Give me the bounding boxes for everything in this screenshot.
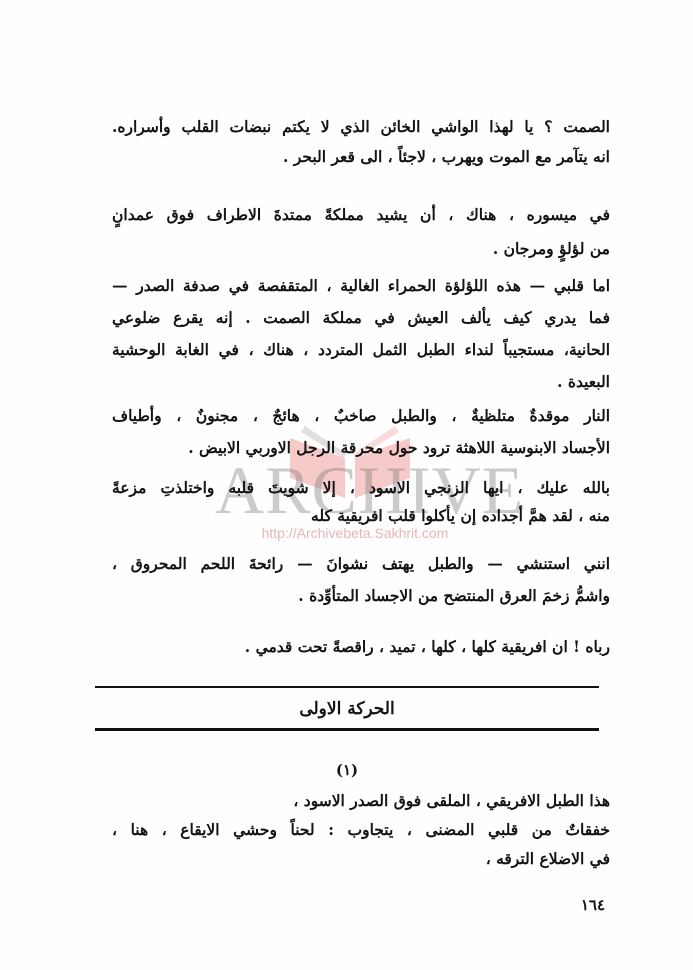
text-line: الحانية، مستجيباً لنداء الطبل الثمل المت… (112, 334, 610, 366)
body-text: بالله عليك ، ايها الزنجي الاسود ، إلا شو… (112, 474, 610, 530)
text-line: فما يدري كيف يألف العيش في مملكة الصمت .… (112, 302, 610, 334)
text-line: في ميسوره ، هناك ، أن يشيد مملكةً ممتدةَ… (112, 198, 610, 232)
text-line: خفقاتٌ من قلبي المضنى ، يتجاوب : لحناً و… (112, 815, 610, 844)
text-line: من لؤلؤٍ ومرجان . (112, 232, 610, 266)
text-line: اما قلبي — هذه اللؤلؤة الحمراء الغالية ،… (112, 270, 610, 302)
page-number: ١٦٤ (545, 896, 605, 914)
text-line: في الاضلاع الترقه ، (112, 844, 610, 873)
section-title: الحركة الاولى (95, 694, 599, 724)
section-text: هذا الطبل الافريقي ، الملقى فوق الصدر ال… (112, 786, 610, 873)
section-divider-top (95, 686, 599, 688)
body-text: النار موقدةٌ متلظيةٌ ، والطبل صاخبٌ ، ها… (112, 400, 610, 464)
text-line: بالله عليك ، ايها الزنجي الاسود ، إلا شو… (112, 474, 610, 502)
text-line: النار موقدةٌ متلظيةٌ ، والطبل صاخبٌ ، ها… (112, 400, 610, 432)
body-text: رباه ! ان افريقية كلها ، كلها ، تميد ، ر… (112, 632, 610, 662)
text-line: انني استنشي — والطبل يهتف نشوانَ — رائحة… (112, 548, 610, 580)
text-line: انه يتآمر مع الموت ويهرب ، لاجئاً ، الى … (112, 142, 610, 172)
text-line: الصمت ؟ يا لهذا الواشي الخائن الذي لا يك… (112, 112, 610, 142)
text-line: الأجساد الابنوسية اللاهثة ترود حول محرقة… (112, 432, 610, 464)
body-text: في ميسوره ، هناك ، أن يشيد مملكةً ممتدةَ… (112, 198, 610, 266)
body-text: اما قلبي — هذه اللؤلؤة الحمراء الغالية ،… (112, 270, 610, 398)
text-line: البعيدة . (112, 366, 610, 398)
text-line: منه ، لقد همَّ أجداده إن يأكلوا قلب افري… (112, 502, 610, 530)
book-page: ARCHIVE http://Archivebeta.Sakhrit.com ا… (0, 0, 693, 970)
text-line: رباه ! ان افريقية كلها ، كلها ، تميد ، ر… (112, 632, 610, 662)
text-line: هذا الطبل الافريقي ، الملقى فوق الصدر ال… (112, 786, 610, 815)
stanza-number: (١) (95, 757, 599, 783)
body-text: الصمت ؟ يا لهذا الواشي الخائن الذي لا يك… (112, 112, 610, 172)
text-line: واشمُّ زخمَ العرق المنتضح من الاجساد الم… (112, 580, 610, 612)
body-text: انني استنشي — والطبل يهتف نشوانَ — رائحة… (112, 548, 610, 612)
section-divider-bottom (95, 728, 599, 731)
